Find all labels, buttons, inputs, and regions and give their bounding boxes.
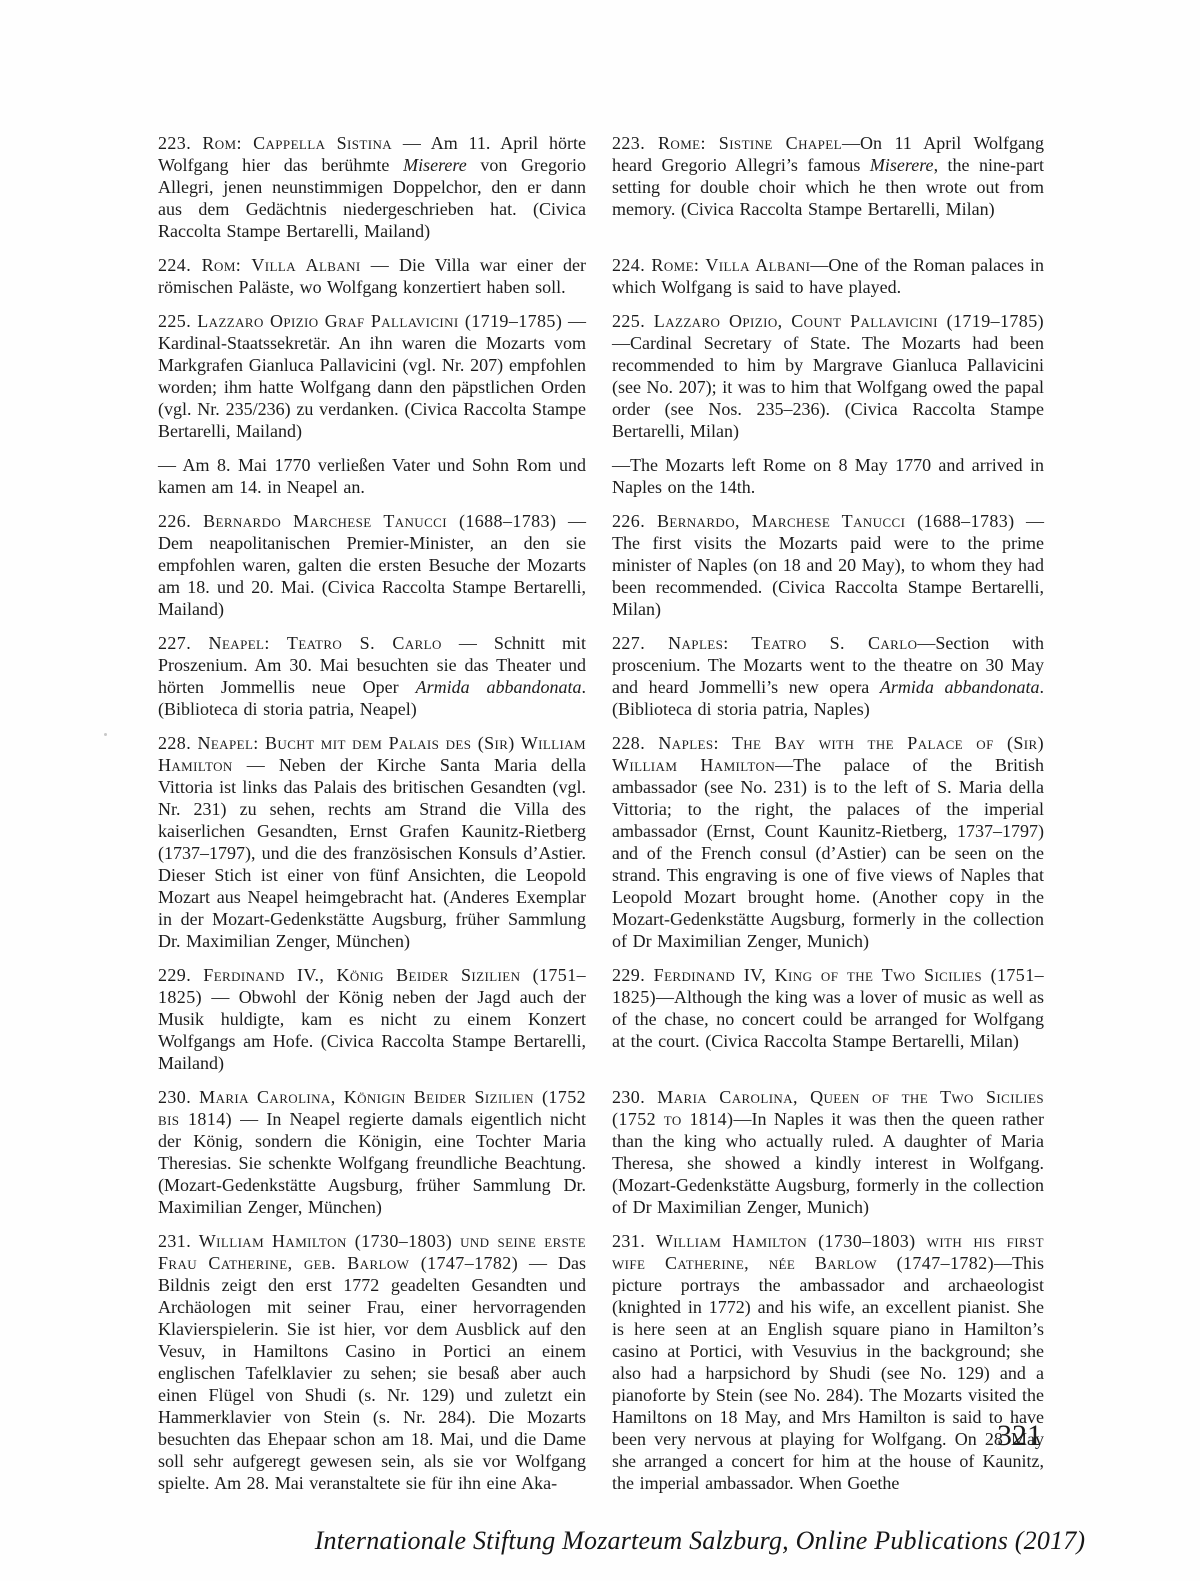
italic-text: Miserere [870,155,934,175]
entry-heading-text: 225. Lazzaro Opizio Graf Pallavicini (17… [158,311,562,331]
footer-credit: Internationale Stiftung Mozarteum Salzbu… [200,1526,1200,1556]
entry-heading-text: 223. Rome: Sistine Chapel [612,133,842,153]
entry-heading-text: 225. Lazzaro Opizio, Count Pallavicini (… [612,311,1044,331]
entry-230-de: 230. Maria Carolina, Königin Beider Sizi… [158,1086,586,1218]
entry-226-en: 226. Bernardo, Marchese Tanucci (1688–17… [612,510,1044,620]
entry-225-en: 225. Lazzaro Opizio, Count Pallavicini (… [612,310,1044,442]
entry-heading-text: 224. Rom: Villa Albani [158,255,361,275]
italic-text: Armida abbandonata [416,677,582,697]
body-text: — Obwohl der König neben der Jagd auch d… [158,987,586,1073]
entry-225-de: 225. Lazzaro Opizio Graf Pallavicini (17… [158,310,586,442]
entry-heading-text: 226. Bernardo Marchese Tanucci (1688–178… [158,511,556,531]
italic-text: Miserere [403,155,467,175]
entry-225-note-en: —The Mozarts left Rome on 8 May 1770 and… [612,454,1044,498]
entry-227-de: 227. Neapel: Teatro S. Carlo — Schnitt m… [158,632,586,720]
entry-heading-text: 227. Neapel: Teatro S. Carlo [158,633,442,653]
body-text: —Cardinal Secretary of State. The Mozart… [612,333,1044,441]
body-text: —Although the king was a lover of music … [612,987,1044,1051]
entry-223-de: 223. Rom: Cappella Sistina — Am 11. Apri… [158,132,586,242]
body-text: — Am 8. Mai 1770 verließen Vater und Soh… [158,455,586,497]
entry-heading-text: 226. Bernardo, Marchese Tanucci (1688–17… [612,511,1015,531]
entry-228-de: 228. Neapel: Bucht mit dem Palais des (S… [158,732,586,952]
entry-229-en: 229. Ferdinand IV, King of the Two Sicil… [612,964,1044,1074]
body-text: —This picture portrays the ambassador an… [612,1253,1044,1493]
body-text: —The Mozarts left Rome on 8 May 1770 and… [612,455,1044,497]
entry-227-en: 227. Naples: Teatro S. Carlo—Section wit… [612,632,1044,720]
scan-artifact-dot [104,733,107,736]
entry-heading-text: 224. Rome: Villa Albani [612,255,810,275]
entry-heading-text: 223. Rom: Cappella Sistina [158,133,392,153]
entry-223-en: 223. Rome: Sistine Chapel—On 11 April Wo… [612,132,1044,242]
body-text: — Neben der Kirche Santa Maria della Vit… [158,755,586,951]
document-page: 223. Rom: Cappella Sistina — Am 11. Apri… [0,0,1200,1581]
italic-text: Armida abbandonata [880,677,1040,697]
body-text: —The palace of the British ambassador (s… [612,755,1044,951]
page-number: 321 [997,1420,1042,1452]
entry-229-de: 229. Ferdinand IV., König Beider Sizilie… [158,964,586,1074]
entry-225-note-de: — Am 8. Mai 1770 verließen Vater und Soh… [158,454,586,498]
entry-230-en: 230. Maria Carolina, Queen of the Two Si… [612,1086,1044,1218]
entry-231-de: 231. William Hamilton (1730–1803) und se… [158,1230,586,1494]
entry-228-en: 228. Naples: The Bay with the Palace of … [612,732,1044,952]
entry-224-de: 224. Rom: Villa Albani — Die Villa war e… [158,254,586,298]
text-columns: 223. Rom: Cappella Sistina — Am 11. Apri… [158,132,1044,1494]
entry-224-en: 224. Rome: Villa Albani—One of the Roman… [612,254,1044,298]
entry-heading-text: 231. William Hamilton (1730–1803) with h… [612,1231,1044,1273]
entry-226-de: 226. Bernardo Marchese Tanucci (1688–178… [158,510,586,620]
entry-heading-text: 227. Naples: Teatro S. Carlo [612,633,917,653]
body-text: — Das Bildnis zeigt den erst 1772 geadel… [158,1253,586,1493]
entry-231-en: 231. William Hamilton (1730–1803) with h… [612,1230,1044,1494]
